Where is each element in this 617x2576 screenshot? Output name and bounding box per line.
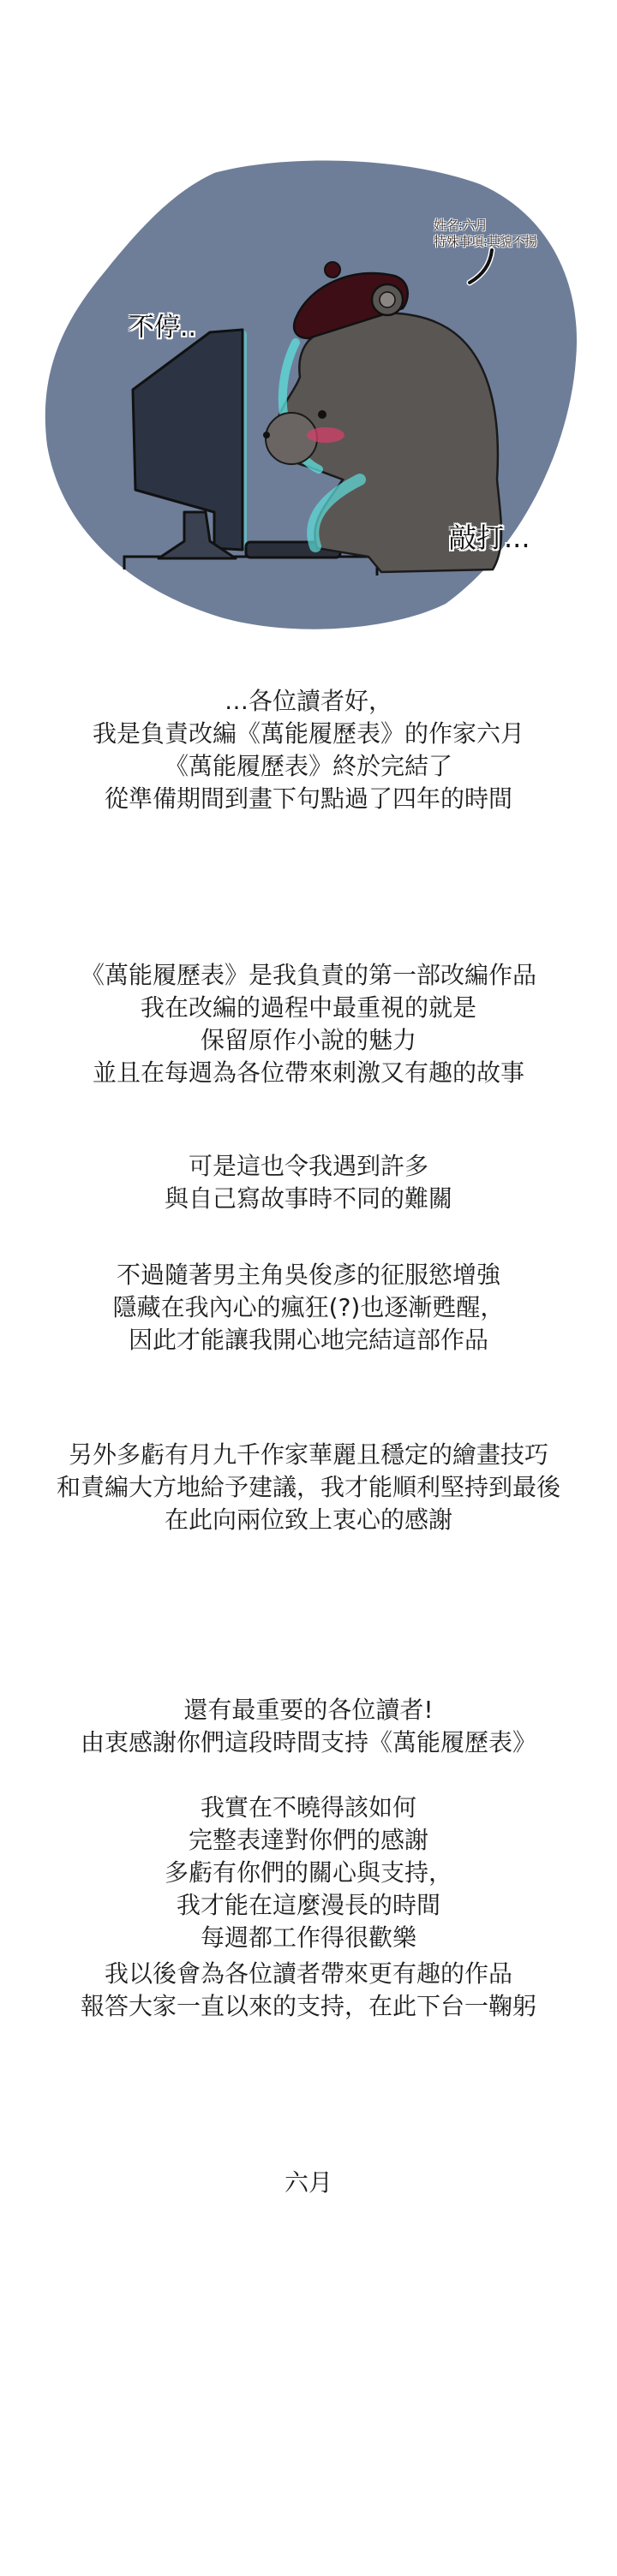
text-line: 每週都工作得很歡樂 — [0, 1922, 617, 1954]
text-line: 隱藏在我內心的瘋狂(?)也逐漸甦醒， — [0, 1291, 617, 1324]
text-line: 在此向兩位致上衷心的感謝 — [0, 1504, 617, 1536]
name-line: 姓名:六月 — [434, 218, 537, 234]
text-line: 《萬能履歷表》終於完結了 — [0, 750, 617, 783]
label-typing-nonstop: 不停.. — [129, 306, 196, 343]
text-line: 保留原作小說的魅力 — [0, 1024, 617, 1057]
text-line: 還有最重要的各位讀者! — [0, 1694, 617, 1726]
text-line: 我實在不曉得該如何 — [0, 1792, 617, 1824]
author-signature: 六月 — [0, 2167, 617, 2199]
text-line: 可是這也令我遇到許多 — [0, 1150, 617, 1183]
text-line: 從準備期間到畫下句點過了四年的時間 — [0, 783, 617, 815]
text-line: 與自己寫故事時不同的難關 — [0, 1183, 617, 1215]
afterword-paragraph-3: 可是這也令我遇到許多 與自己寫故事時不同的難關 — [0, 1150, 617, 1215]
text-line: 不過隨著男主角吳俊彥的征服慾增強 — [0, 1259, 617, 1291]
text-line: 多虧有你們的關心與支持， — [0, 1857, 617, 1889]
text-line: 並且在每週為各位帶來刺激又有趣的故事 — [0, 1057, 617, 1089]
afterword-paragraph-8: 我以後會為各位讀者帶來更有趣的作品 報答大家一直以來的支持，在此下台一鞠躬 — [0, 1958, 617, 2023]
text-line: 因此才能讓我開心地完結這部作品 — [0, 1324, 617, 1357]
afterword-paragraph-7: 我實在不曉得該如何 完整表達對你們的感謝 多虧有你們的關心與支持， 我才能在這麼… — [0, 1792, 617, 1954]
afterword-paragraph-4: 不過隨著男主角吳俊彥的征服慾增強 隱藏在我內心的瘋狂(?)也逐漸甦醒， 因此才能… — [0, 1259, 617, 1357]
afterword-paragraph-2: 《萬能履歷表》是我負責的第一部改編作品 我在改編的過程中最重視的就是 保留原作小… — [0, 959, 617, 1089]
special-note-line: 特殊事項:其貌不揚 — [434, 234, 537, 250]
label-keyboard-tapping: 敲打... — [449, 516, 530, 556]
text-line: 由衷感謝你們這段時間支持《萬能履歷表》 — [0, 1726, 617, 1759]
afterword-paragraph-5: 另外多虧有月九千作家華麗且穩定的繪畫技巧 和責編大方地給予建議，我才能順利堅持到… — [0, 1439, 617, 1536]
afterword-paragraph-1: …各位讀者好， 我是負責改編《萬能履歷表》的作家六月 《萬能履歷表》終於完結了 … — [0, 685, 617, 815]
text-line: 報答大家一直以來的支持，在此下台一鞠躬 — [0, 1990, 617, 2023]
text-line: 我是負責改編《萬能履歷表》的作家六月 — [0, 718, 617, 750]
author-profile-note: 姓名:六月 特殊事項:其貌不揚 — [434, 218, 537, 250]
text-line: 《萬能履歷表》是我負責的第一部改編作品 — [0, 959, 617, 992]
text-line: 另外多虧有月九千作家華麗且穩定的繪畫技巧 — [0, 1439, 617, 1471]
text-line: 完整表達對你們的感謝 — [0, 1824, 617, 1857]
text-line: 和責編大方地給予建議，我才能順利堅持到最後 — [0, 1471, 617, 1504]
author-illustration: 不停.. 敲打... 姓名:六月 特殊事項:其貌不揚 — [0, 0, 617, 651]
text-line: …各位讀者好， — [0, 685, 617, 718]
text-line: 我在改編的過程中最重視的就是 — [0, 992, 617, 1024]
text-line: 我以後會為各位讀者帶來更有趣的作品 — [0, 1958, 617, 1990]
text-line: 我才能在這麼漫長的時間 — [0, 1889, 617, 1922]
afterword-paragraph-6: 還有最重要的各位讀者! 由衷感謝你們這段時間支持《萬能履歷表》 — [0, 1694, 617, 1759]
